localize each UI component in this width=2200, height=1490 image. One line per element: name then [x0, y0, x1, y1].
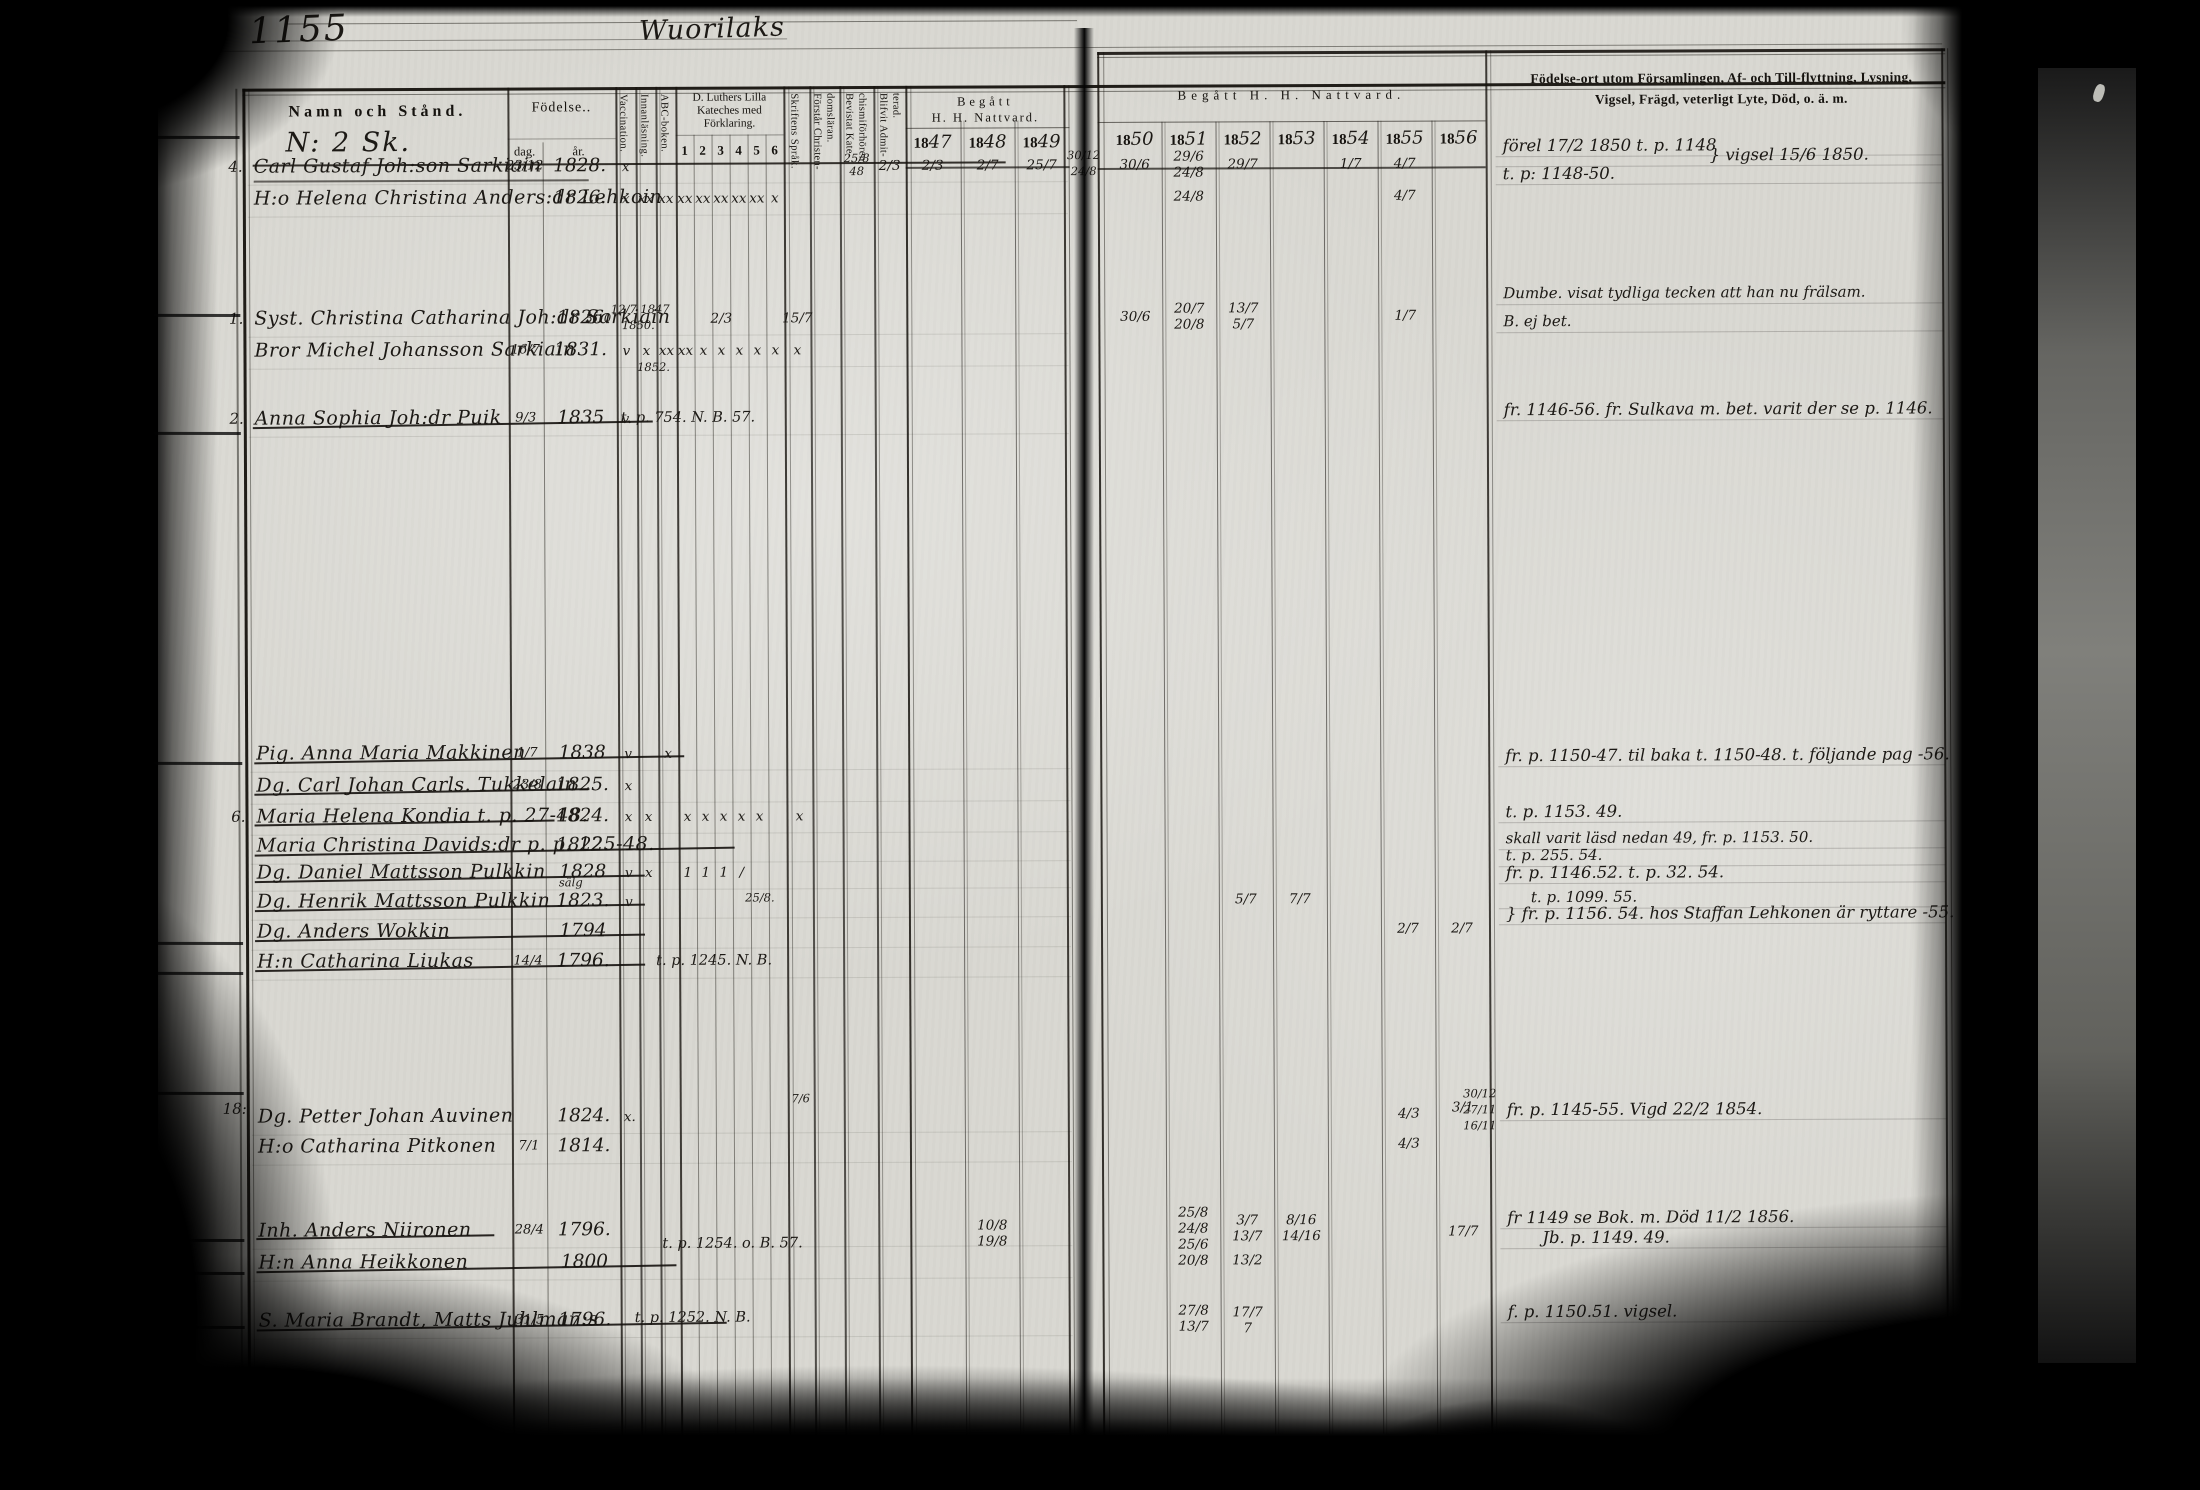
cell-mark: 1852.	[624, 360, 684, 374]
margin-tick	[152, 1239, 244, 1242]
year-printed-prefix: 18	[1224, 132, 1239, 148]
cell-mark: x	[596, 159, 656, 175]
year-header-cell: 1855	[1378, 128, 1432, 149]
record-birth-year: 1814.	[556, 1135, 612, 1156]
table-hline	[906, 127, 1070, 129]
cell-mark: 27/8	[1164, 1302, 1224, 1318]
cell-mark: 2/3	[903, 158, 963, 174]
margin-number: 2.	[204, 410, 244, 428]
cell-mark: 13/2	[1217, 1252, 1277, 1268]
row-baseline	[253, 1277, 1073, 1282]
annotation-rule	[1496, 302, 1943, 305]
year-header-cell: 1851	[1162, 128, 1216, 149]
cell-mark: 4/7	[1375, 156, 1435, 172]
column-header-scripture: Skriftens Språk.	[788, 93, 799, 169]
annotation-note: } vigsel 15/6 1850.	[1710, 145, 1869, 165]
cell-mark: 14/16	[1271, 1228, 1331, 1244]
cell-mark: 7/6	[771, 1091, 831, 1105]
ledger-content: 1155 Wuorilaks Namn och Stånd. N: 2 Sk. …	[0, 0, 2200, 1490]
annotation-note: B. ej bet.	[1503, 312, 1571, 330]
margin-number: 1.	[203, 310, 243, 328]
cell-mark: 4/7	[1375, 188, 1435, 204]
inline-note: t. p. 754. N. B. 57.	[621, 410, 755, 427]
year-printed-prefix: 18	[1386, 132, 1401, 148]
cell-mark: x	[769, 808, 829, 824]
cell-mark: x	[598, 778, 658, 794]
cell-mark: 1/7	[1375, 308, 1435, 324]
communion-left-line2: H. H. Nattvard.	[905, 110, 1065, 126]
communion-left-line1: Begått	[905, 94, 1065, 110]
cell-mark: 24/8	[1159, 164, 1219, 180]
page-fold-gutter	[1074, 28, 1094, 1490]
cell-mark: x	[767, 342, 827, 358]
annotation-note: t. p. 255. 54.	[1506, 846, 1603, 864]
margin-number: 6.	[205, 808, 245, 826]
year-handwritten-digits: 47	[929, 132, 952, 153]
margin-number: 4.	[203, 158, 243, 176]
record-birth-day: 16/7	[505, 342, 545, 357]
cell-mark: 2/7	[958, 157, 1018, 173]
year-header-cell: 1850	[1108, 129, 1162, 150]
annotation-note: fr. p. 1145-55. Vigd 22/2 1854.	[1507, 1099, 1763, 1119]
cell-mark: 2/7	[1378, 921, 1438, 937]
row-baseline	[250, 800, 1070, 805]
cell-mark: 17/7	[1433, 1223, 1493, 1239]
annotation-note: Dumbe. visat tydliga tecken att han nu f…	[1503, 283, 1865, 303]
year-printed-prefix: 18	[969, 136, 984, 152]
cell-mark: 24/8	[1159, 188, 1219, 204]
margin-tick	[151, 972, 243, 975]
column-header-attended-examinations: Bevistat Kate- chismiförhören.	[842, 93, 868, 199]
inline-note: t. p. 1252. N. B.	[635, 1310, 751, 1327]
cell-mark: 4/3	[1379, 1136, 1439, 1152]
year-handwritten-digits: 51	[1185, 129, 1208, 150]
record-birth-year: 1822.	[555, 834, 611, 855]
record-birth-day: 23/12	[505, 158, 545, 173]
microfilm-scan: 1155 Wuorilaks Namn och Stånd. N: 2 Sk. …	[0, 0, 2200, 1490]
record-birth-year: 1796.	[556, 1219, 612, 1240]
inline-note: t. p. 1254. o. B. 57.	[662, 1235, 802, 1252]
record-birth-day: 28/4	[509, 1222, 549, 1237]
inline-note: t. p. 1245. N. B.	[656, 952, 772, 969]
annotation-rule	[1496, 330, 1943, 333]
cell-mark: 25/8.	[730, 890, 790, 904]
margin-tick	[152, 1272, 244, 1275]
cell-mark: 30/6	[1105, 309, 1165, 325]
annotation-note: } fr. p. 1156. 54. hos Staffan Lehkonen …	[1506, 902, 1955, 923]
row-baseline	[250, 768, 1070, 773]
row-baseline	[248, 333, 1068, 338]
table-hline	[508, 138, 616, 139]
table-hline	[1097, 120, 1485, 123]
cell-mark: 15/7	[767, 310, 827, 326]
year-printed-prefix: 18	[1440, 131, 1455, 147]
annotation-note: fr. p. 1146.52. t. p. 32. 54.	[1506, 862, 1724, 882]
year-printed-prefix: 18	[1023, 135, 1038, 151]
record-name: Dg. Petter Johan Auvinen	[258, 1105, 514, 1128]
cell-mark: 13/7	[1217, 1228, 1277, 1244]
year-handwritten-digits: 56	[1455, 127, 1478, 148]
cell-mark: 4/3	[1379, 1106, 1439, 1122]
cell-mark: x	[745, 190, 805, 206]
margin-tick	[148, 314, 240, 317]
catechism-column-number: 6	[765, 142, 785, 158]
cell-mark: 30/12	[1450, 1086, 1510, 1100]
cell-mark: x	[638, 746, 698, 762]
year-header-cell: 1853	[1270, 128, 1324, 149]
year-header-cell: 1852	[1216, 128, 1270, 149]
year-printed-prefix: 18	[1332, 132, 1347, 148]
annotation-note: t. p: 1148-50.	[1503, 164, 1615, 183]
cell-mark: 30/6	[1105, 157, 1165, 173]
annotation-note: fr 1149 se Bok. m. Död 11/2 1856.	[1507, 1207, 1794, 1227]
cell-mark: 13/7	[1164, 1318, 1224, 1334]
cell-mark: 25/8	[1163, 1204, 1223, 1220]
cell-mark: 3/7	[1217, 1212, 1277, 1228]
row-baseline	[252, 1161, 1072, 1166]
year-handwritten-digits: 53	[1293, 128, 1316, 149]
row-baseline	[249, 433, 1069, 438]
cell-mark: 29/7	[1213, 156, 1273, 172]
annotation-note: t. p. 1153. 49.	[1505, 802, 1622, 822]
annotation-note: skall varit läsd nedan 49, fr. p. 1153. …	[1506, 828, 1814, 847]
cell-mark: 19/8	[962, 1233, 1022, 1249]
column-header-communion-left: Begått H. H. Nattvard.	[905, 94, 1065, 126]
year-handwritten-digits: 52	[1239, 128, 1262, 149]
margin-tick	[148, 136, 240, 139]
year-header-cell: 1848	[961, 131, 1015, 152]
record-birth-year: 1796.	[555, 950, 611, 971]
row-baseline	[253, 1335, 1073, 1340]
column-header-birth: Födelse..	[507, 100, 615, 116]
cell-mark: 2/7	[1432, 920, 1492, 936]
margin-tick	[149, 432, 241, 435]
annotation-note: fr. p. 1150-47. til baka t. 1150-48. t. …	[1505, 744, 1950, 765]
cell-mark: 5/7	[1216, 891, 1276, 907]
year-printed-prefix: 18	[914, 136, 929, 152]
cell-mark: 25/6	[1163, 1236, 1223, 1252]
margin-tick	[153, 1326, 245, 1329]
column-header-name: Namn och Stånd.	[252, 103, 502, 122]
cell-mark: 20/7	[1159, 300, 1219, 316]
cell-mark: 27/11	[1450, 1102, 1510, 1116]
year-printed-prefix: 18	[1170, 133, 1185, 149]
year-printed-prefix: 18	[1278, 132, 1293, 148]
cell-mark: 20/8	[1163, 1252, 1223, 1268]
year-handwritten-digits: 50	[1131, 129, 1154, 150]
cell-mark: v	[599, 894, 659, 910]
year-printed-prefix: 18	[1116, 133, 1131, 149]
margin-tick	[151, 942, 243, 945]
row-baseline	[248, 213, 1068, 218]
record-birth-day: 7/1	[509, 1138, 549, 1153]
annotation-note: fr. 1146-56. fr. Sulkava m. bet. varit d…	[1504, 398, 1933, 419]
cell-mark: x.	[600, 1109, 660, 1125]
annotation-note: f. p. 1150.51. vigsel.	[1508, 1301, 1678, 1321]
cell-mark: 10/8	[962, 1217, 1022, 1233]
record-birth-year: 1794	[555, 920, 611, 941]
cell-mark: 17/7	[1218, 1304, 1278, 1320]
cell-mark: /	[712, 864, 772, 880]
year-handwritten-digits: 54	[1347, 128, 1370, 149]
annotation-note: förel 17/2 1850 t. p. 1148	[1503, 135, 1717, 155]
cell-mark: 1/7	[1321, 156, 1381, 172]
scanner-edge-strip	[2038, 68, 2136, 1363]
year-header-cell: 1854	[1324, 128, 1378, 149]
cell-mark: 29/6	[1159, 148, 1219, 164]
cell-mark: 13/7	[1213, 300, 1273, 316]
year-handwritten-digits: 48	[984, 131, 1007, 152]
record-birth-year: 1800	[556, 1251, 612, 1272]
record-name: H:o Catharina Pitkonen	[258, 1135, 497, 1158]
cell-mark: 24/8	[1163, 1220, 1223, 1236]
column-header-catechism: D. Luthers Lilla Kateches med Förklaring…	[677, 91, 781, 130]
margin-tick	[152, 1092, 244, 1095]
cell-mark: 7/7	[1270, 891, 1330, 907]
cell-mark: sälg	[541, 875, 601, 889]
year-header-cell: 1847	[906, 132, 960, 153]
cell-mark: 20/8	[1159, 316, 1219, 332]
page-number: 1155	[248, 8, 349, 53]
record-name: Carl Gustaf Joh:son Sarkiain	[254, 154, 542, 177]
margin-tick	[150, 762, 242, 765]
cell-mark: 1850.	[608, 318, 668, 332]
cell-mark: 12/7 1847	[610, 302, 670, 316]
cell-mark: 7	[1218, 1320, 1278, 1336]
year-header-cell: 1856	[1432, 127, 1486, 148]
row-baseline	[251, 976, 1071, 981]
parish-title: Wuorilaks	[639, 11, 786, 46]
annotation-note: Jb. p. 1149. 49.	[1542, 1228, 1670, 1248]
cell-mark: 2/3	[691, 311, 751, 327]
household-number: N: 2 Sk.	[285, 127, 411, 159]
cell-mark: 8/16	[1271, 1212, 1331, 1228]
cell-mark: 5/7	[1213, 316, 1273, 332]
record-birth-year: 1796.	[557, 1309, 613, 1330]
margin-number: 18:	[207, 1100, 247, 1118]
year-handwritten-digits: 55	[1401, 128, 1424, 149]
record-underline	[254, 179, 589, 182]
